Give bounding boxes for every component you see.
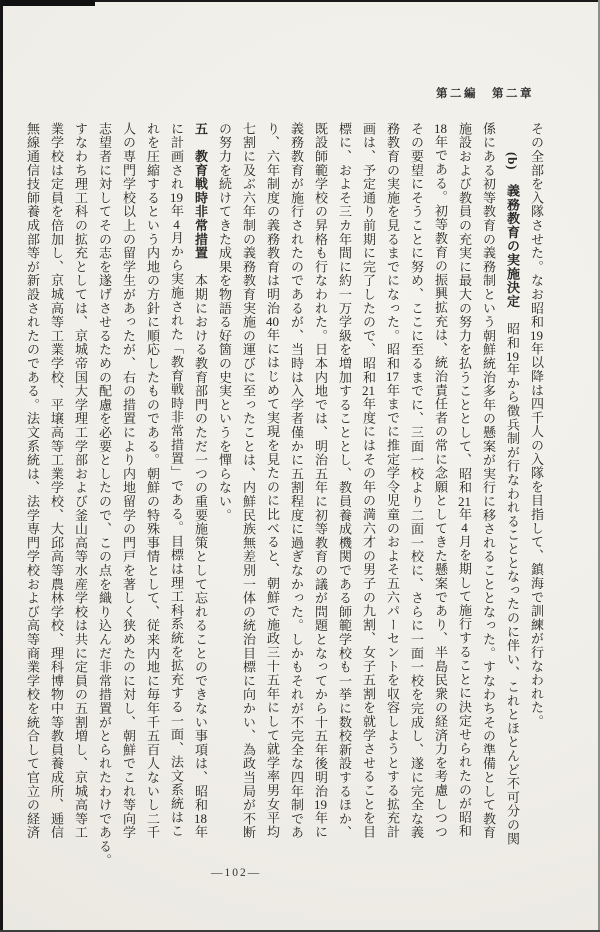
column-text: の努力を続けてきた成果を物語る好箇の史実というを憚らない。 [217,122,232,522]
column-text: れを圧縮するという内地の方針に順応したものである。朝鮮の特殊事情として、従来内地… [145,122,160,840]
column-text: 画は、予定通り前期に完了したので、昭和21年度にはその年の満六才の男子の九割、女… [361,122,376,839]
column-text: 無線通信技師養成部等が新設されたのである。法文系統は、法学専門学校および高等商業… [25,122,40,840]
subsection-heading: (b) 義務教育の実施決定 [505,152,520,308]
column-text: 義務教育が施行されたのであるが、当時は入学者僅かに五割程度に過ぎなかった。しかも… [289,122,304,840]
text-column: 義務教育が施行されたのであるが、当時は入学者僅かに五割程度に過ぎなかった。しかも… [284,122,308,876]
text-column: 七割に及ぶ六年制の義務教育実施の運びに至ったことは、内鮮民族無差別一体の統治目標… [236,122,260,876]
body-text-block: その全部を入隊させた。なお昭和19年以降は四千人の入隊を目指して、鎮海で訓練が行… [6,122,548,876]
scanned-page: 第二編 第二章 その全部を入隊させた。なお昭和19年以降は四千人の入隊を目指して… [0,0,600,932]
column-text: 18年である。初等教育の振興拡充は、統治責任者の常に念願としてきた懸案であり、半… [433,122,448,839]
text-column: その全部を入隊させた。なお昭和19年以降は四千人の入隊を目指して、鎮海で訓練が行… [524,122,548,876]
column-text: 業学校は定員を倍加し、京城高等工業学校、平壌高等工業学校、大邱高等農林学校、理科… [49,122,64,840]
column-text: 人の専門学校以上の留学生があったが、右の措置により内地留学の門戸を著しく狭めたの… [121,122,136,840]
column-text: 七割に及ぶ六年制の義務教育実施の運びに至ったことは、内鮮民族無差別一体の統治目標… [241,122,256,840]
column-text: 本期における教育部門のただ一つの重要施策として忘れることのできない事項は、昭和1… [193,260,208,839]
text-column: れを圧縮するという内地の方針に順応したものである。朝鮮の特殊事情として、従来内地… [140,122,164,876]
text-column: 志望者に対してその志を遂げさせるための配慮を必要としたので、この点を織り込んだ非… [92,122,116,876]
text-column: に計画され19年4月から実施された「教育戦時非常措置」である。目標は理工科系統を… [164,122,188,876]
text-column: 係にある初等教育の義務制という朝鮮統治多年の懸案が実行に移されることとなった。す… [476,122,500,876]
text-column: すなわち理工科の拡充としては、京城帝国大学理工学部および釜山高等水産学校は共に定… [68,122,92,876]
section-heading: 五 教育戦時非常措置 [193,122,208,260]
text-column: 18年である。初等教育の振興拡充は、統治責任者の常に念願としてきた懸案であり、半… [428,122,452,876]
column-text: 昭和19年から徴兵制が行なわれることとなったのに伴い、これとほとんど不可分の関 [505,308,520,845]
text-column: その要望にそうことに努め、ここに至るまでに、三面一校より二面一校に、さらに一面一… [404,122,428,876]
column-text: その要望にそうことに努め、ここに至るまでに、三面一校より二面一校に、さらに一面一… [409,122,424,840]
column-text: 既設師範学校の昇格も行なわれた。日本内地では、明治五年に初等教育の議が問題となっ… [313,122,328,839]
column-text: 標に、およそ三カ年間に約一万学級を増加することとし、教員養成機関である師範学校も… [337,122,352,840]
text-column: り、六年制度の義務教育は明治40年にはじめて実現を見たのに比べると、朝鮮で施政三… [260,122,284,876]
text-column: 既設師範学校の昇格も行なわれた。日本内地では、明治五年に初等教育の議が問題となっ… [308,122,332,876]
text-column: 画は、予定通り前期に完了したので、昭和21年度にはその年の満六才の男子の九割、女… [356,122,380,876]
column-text: 施設および教員の充実に最大の努力を払うこととして、昭和21年4月を期して施行する… [457,122,472,838]
text-column: 標に、およそ三カ年間に約一万学級を増加することとし、教員養成機関である師範学校も… [332,122,356,876]
column-text: その全部を入隊させた。なお昭和19年以降は四千人の入隊を目指して、鎮海で訓練が行… [529,122,544,728]
column-text: すなわち理工科の拡充としては、京城帝国大学理工学部および釜山高等水産学校は共に定… [73,122,88,840]
column-text: 志望者に対してその志を遂げさせるための配慮を必要としたので、この点を織り込んだ非… [97,122,112,867]
column-text: 係にある初等教育の義務制という朝鮮統治多年の懸案が実行に移されることとなった。す… [481,122,496,840]
scan-edge-left [0,0,3,932]
column-text: に計画され19年4月から実施された「教育戦時非常措置」である。目標は理工科系統を… [169,122,184,838]
text-column: 無線通信技師養成部等が新設されたのである。法文系統は、法学専門学校および高等商業… [20,122,44,876]
text-column: 施設および教員の充実に最大の努力を払うこととして、昭和21年4月を期して施行する… [452,122,476,876]
chapter-header: 第二編 第二章 [436,85,534,101]
text-column: (b) 義務教育の実施決定 昭和19年から徴兵制が行なわれることとなったのに伴い… [500,122,524,876]
text-column: 人の専門学校以上の留学生があったが、右の措置により内地留学の門戸を著しく狭めたの… [116,122,140,876]
column-text: り、六年制度の義務教育は明治40年にはじめて実現を見たのに比べると、朝鮮で施政三… [265,122,280,839]
scan-corner-blotch [0,0,95,6]
column-text: 務教育の実施を見るまでになった。昭和17年までに推定学令児童のおよそ五六パーセン… [385,122,400,839]
text-column: 務教育の実施を見るまでになった。昭和17年までに推定学令児童のおよそ五六パーセン… [380,122,404,876]
page-number: —102— [211,867,261,879]
text-column: 業学校は定員を倍加し、京城高等工業学校、平壌高等工業学校、大邱高等農林学校、理科… [44,122,68,876]
text-column: 五 教育戦時非常措置 本期における教育部門のただ一つの重要施策として忘れることの… [188,122,212,876]
text-column: の努力を続けてきた成果を物語る好箇の史実というを憚らない。 [212,122,236,876]
